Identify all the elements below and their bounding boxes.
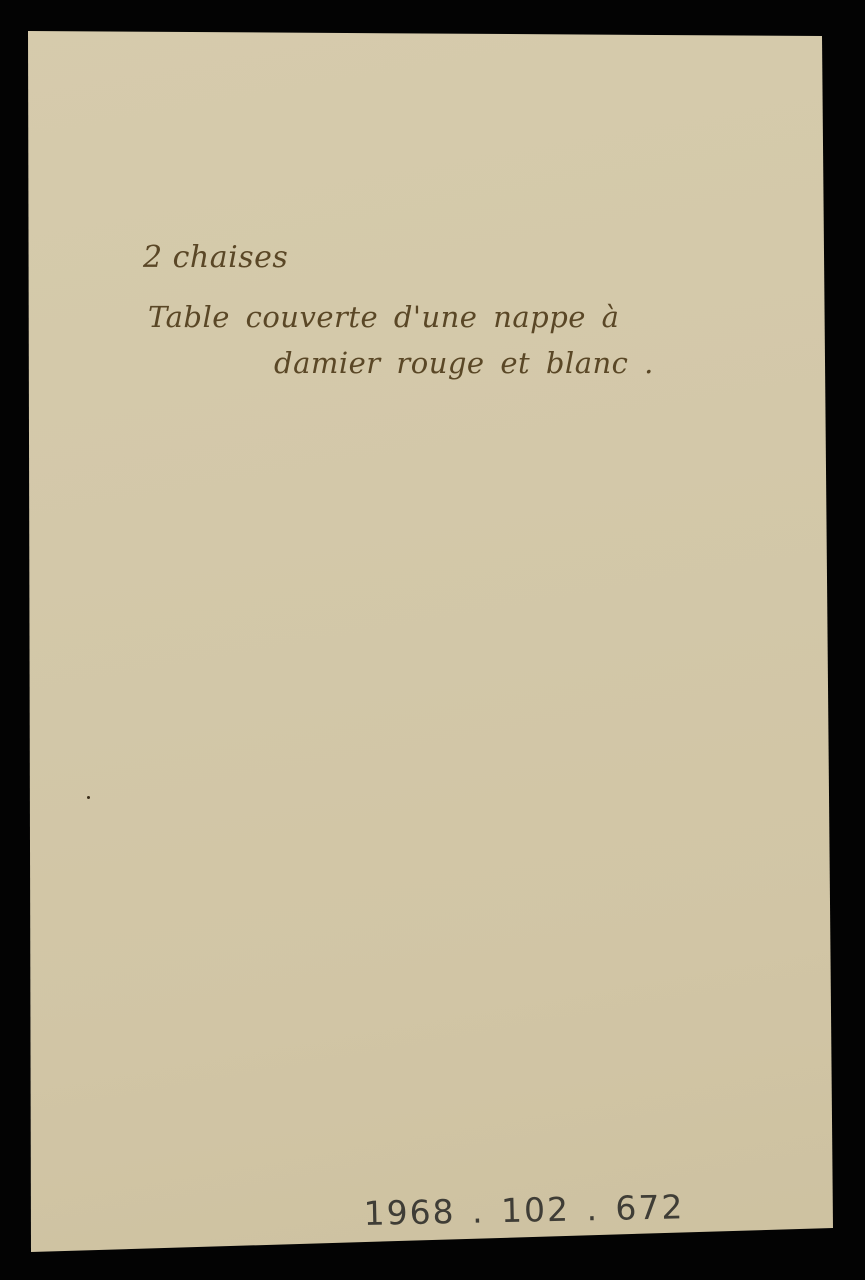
paper-sheet: [0, 0, 865, 1280]
handwritten-line-2: Table couverte d'une nappe à: [148, 300, 619, 334]
ink-speck: [87, 796, 90, 799]
handwritten-line-1: 2 chaises: [143, 240, 288, 275]
accession-number: 1968 . 102 . 672: [363, 1187, 685, 1233]
handwritten-line-3: damier rouge et blanc .: [274, 346, 654, 380]
